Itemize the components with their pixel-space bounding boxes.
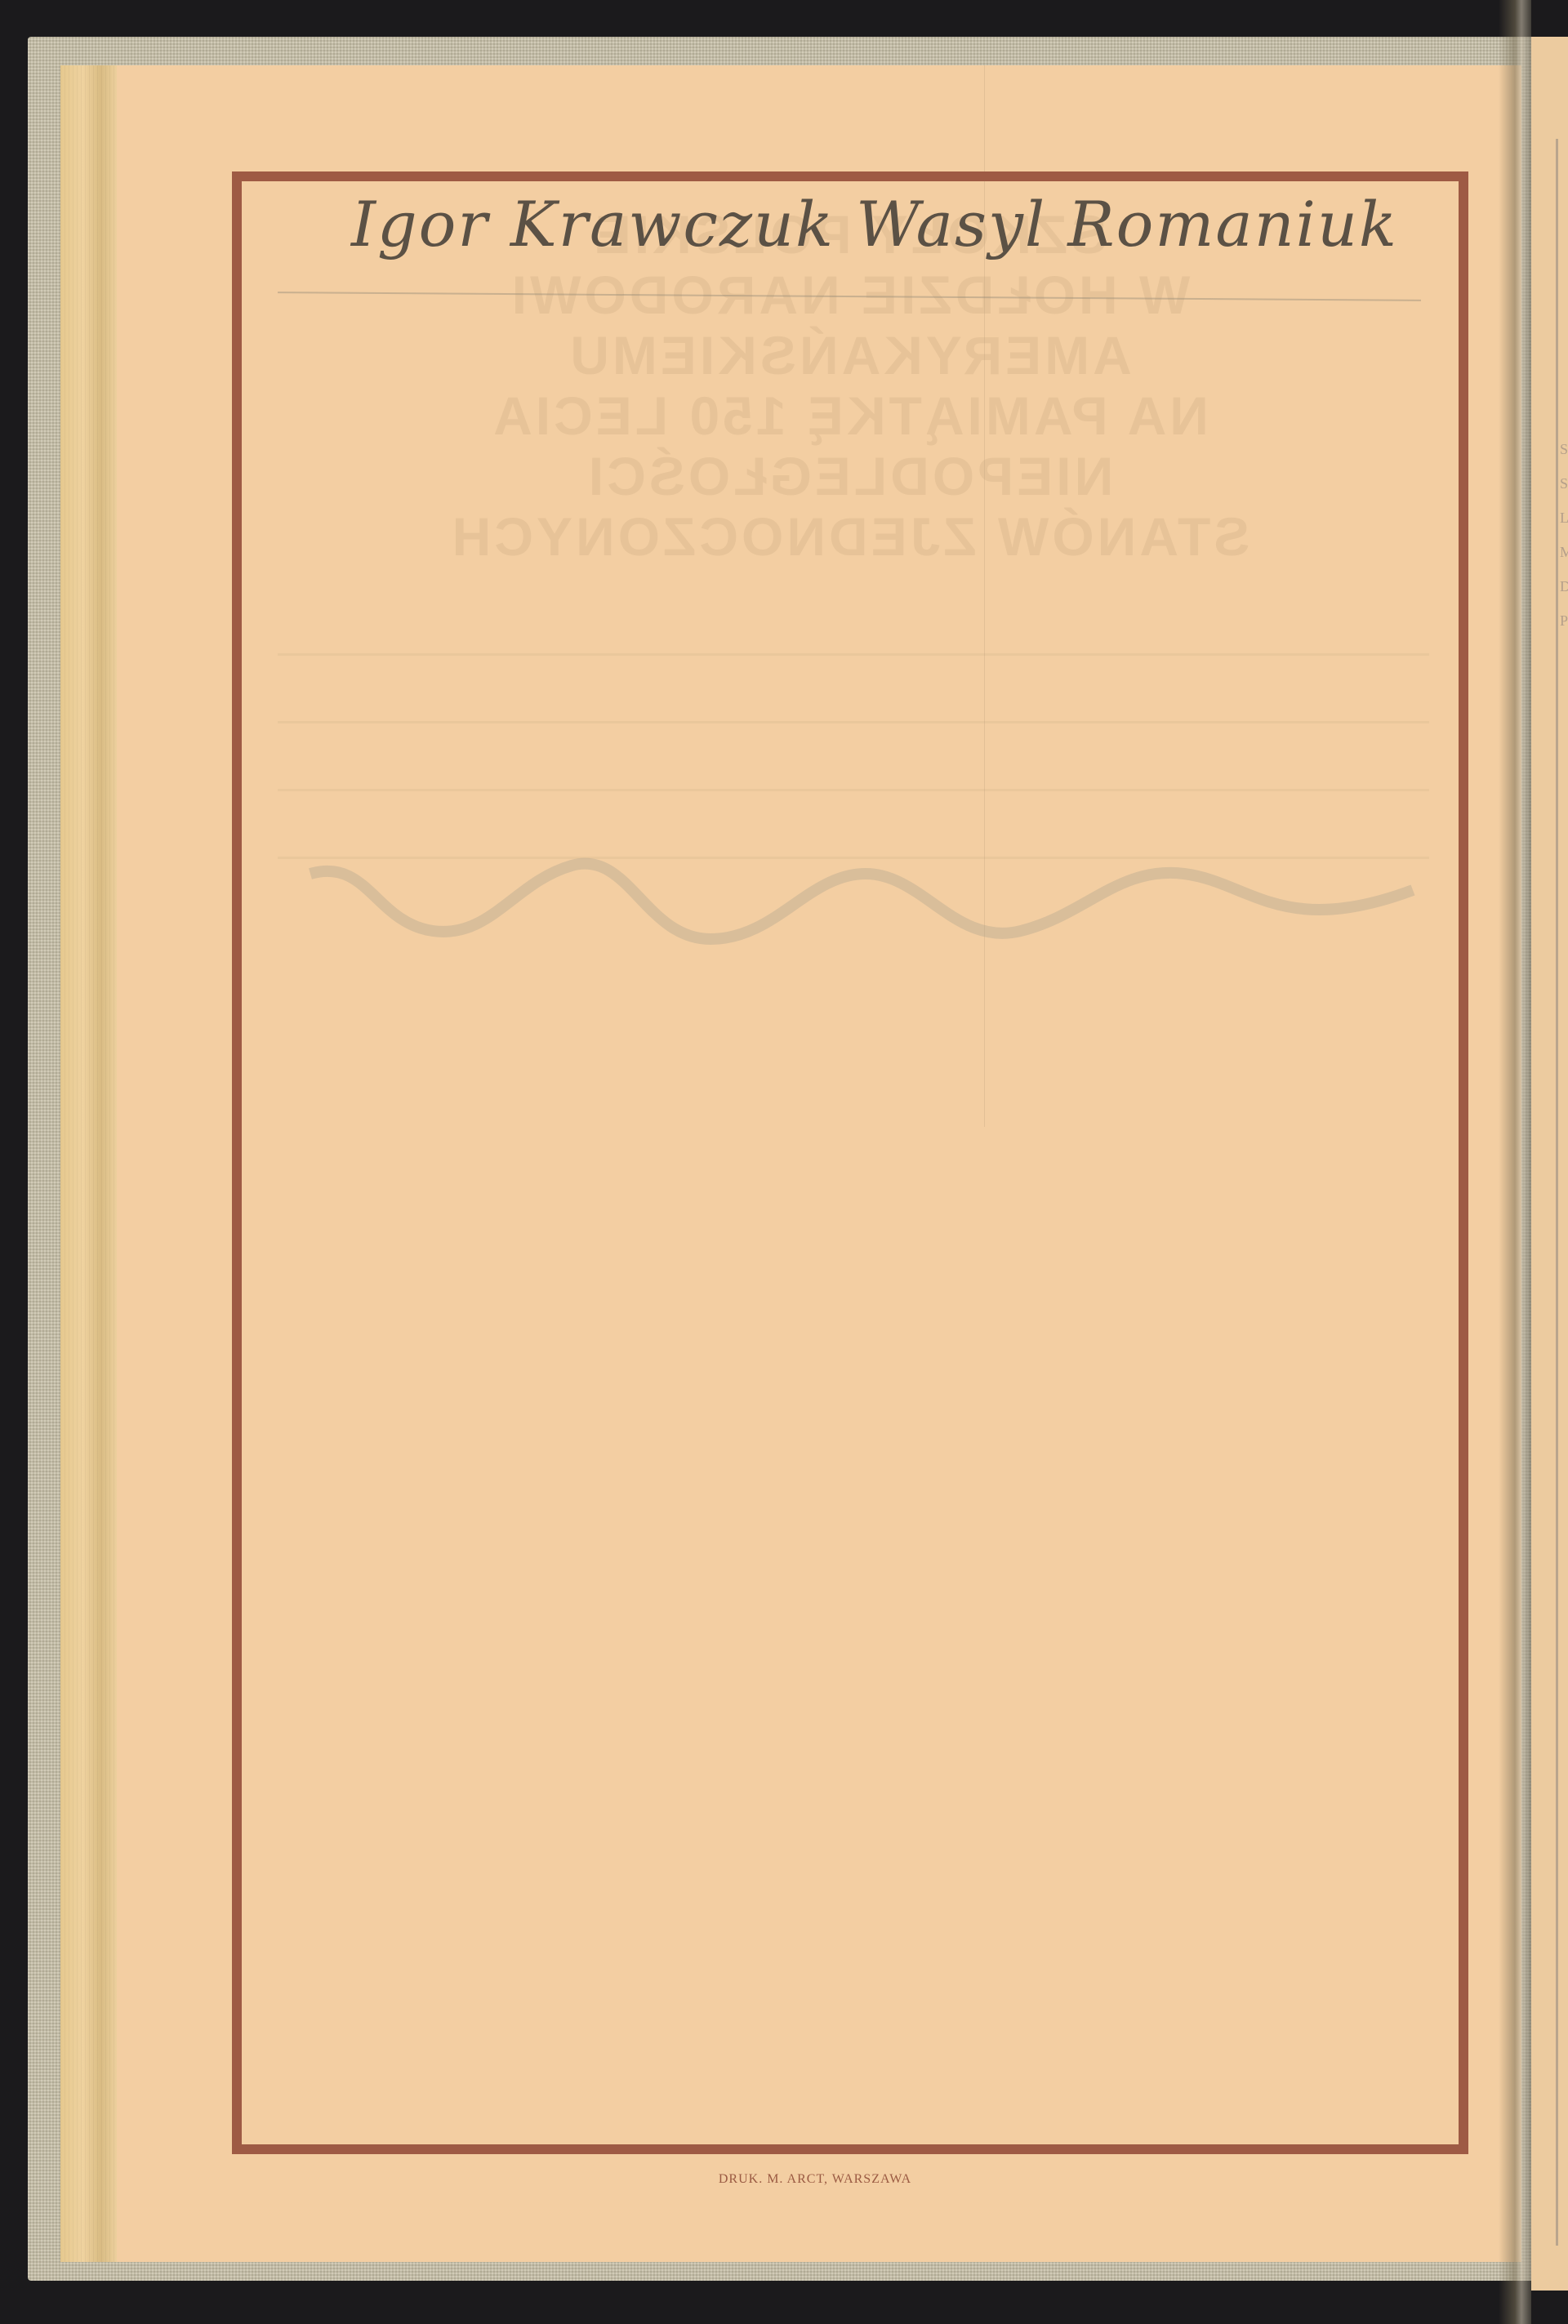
- printer-imprint: DRUK. M. ARCT, WARSZAWA: [0, 2172, 1568, 2187]
- fragment: DIS: [1560, 578, 1568, 594]
- decorative-border: [232, 171, 1468, 2154]
- fragment: PO: [1560, 612, 1568, 629]
- fragment: LOC: [1560, 510, 1568, 526]
- fragment: SCH: [1560, 441, 1568, 457]
- fragment: MIE: [1560, 544, 1568, 560]
- page-edges: [60, 65, 118, 2262]
- facing-page-fragments: SCH SZK LOC MIE DIS PO: [1560, 441, 1568, 647]
- fragment: SZK: [1560, 475, 1568, 492]
- book-gutter: [1499, 0, 1531, 2324]
- printer-imprint-text: DRUK. M. ARCT, WARSZAWA: [719, 2172, 911, 2186]
